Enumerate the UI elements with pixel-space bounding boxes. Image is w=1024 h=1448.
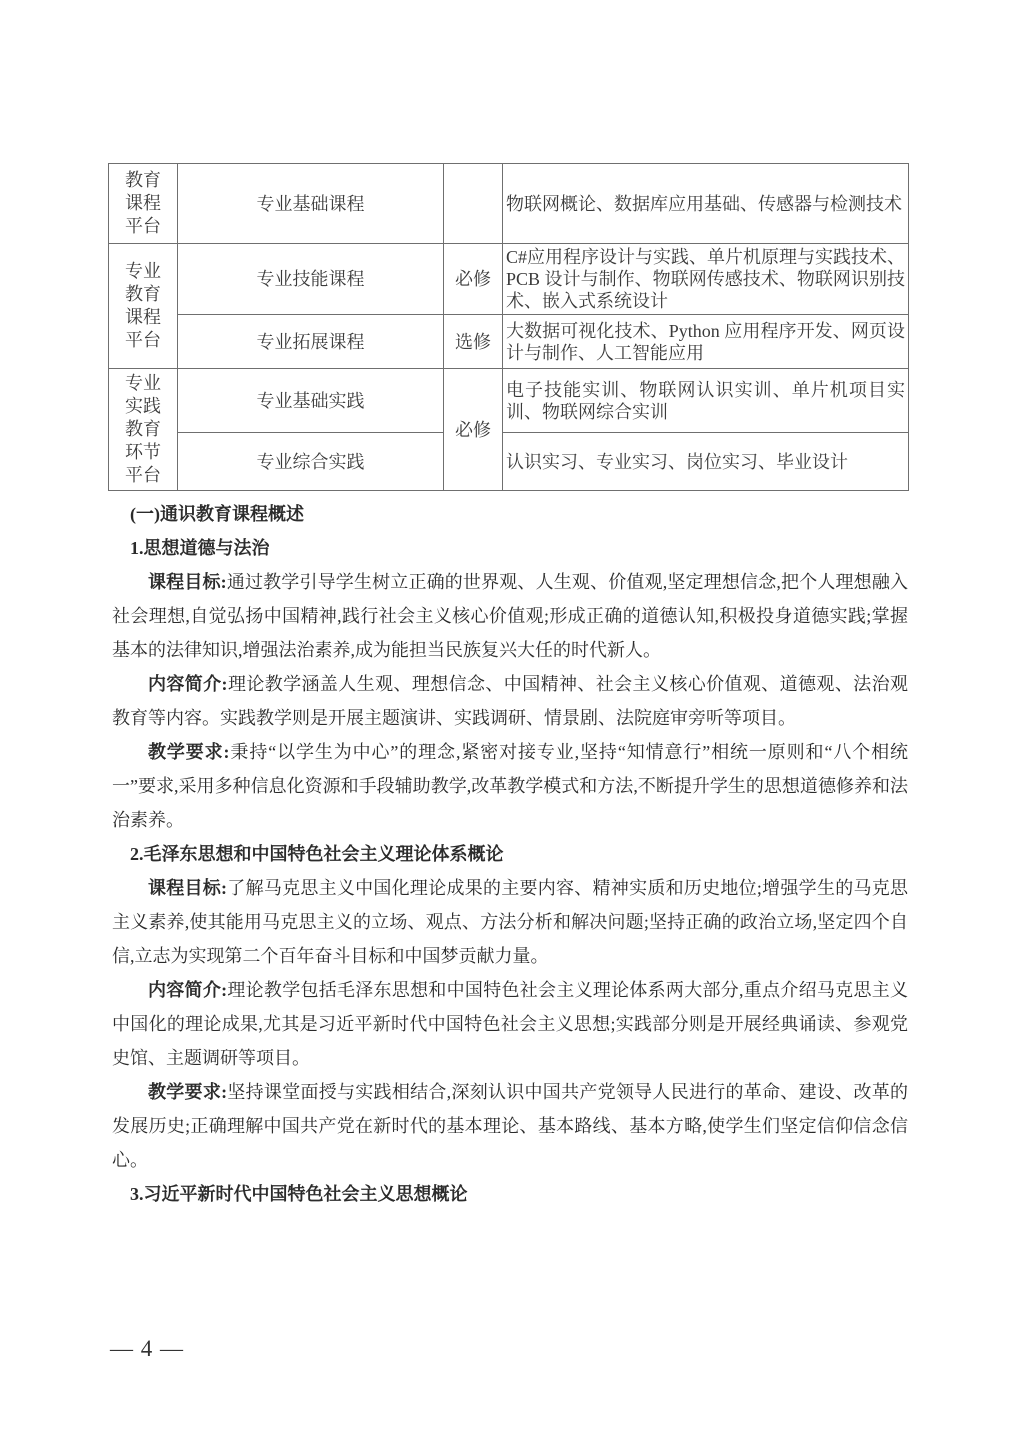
courses-cell: 认识实习、专业实习、岗位实习、毕业设计 — [503, 433, 909, 491]
paragraph-label: 教学要求: — [148, 742, 230, 762]
curriculum-table: 教育课程平台 专业基础课程 物联网概论、数据库应用基础、传感器与检测技术 专业教… — [108, 163, 909, 491]
courses-cell: 电子技能实训、物联网认识实训、单片机项目实训、物联网综合实训 — [503, 369, 909, 433]
paragraph-intro-1: 内容简介:理论教学涵盖人生观、理想信念、中国精神、社会主义核心价值观、道德观、法… — [112, 667, 908, 735]
table-row: 专业教育课程平台 专业技能课程 必修 C#应用程序设计与实践、单片机原理与实践技… — [109, 244, 909, 315]
paragraph-label: 课程目标: — [148, 572, 227, 592]
category-cell: 专业拓展课程 — [178, 315, 444, 369]
platform-label: 教育课程平台 — [124, 169, 162, 238]
section-heading: (一)通识教育课程概述 — [112, 497, 908, 531]
platform-cell: 专业教育课程平台 — [109, 244, 178, 369]
course-title-3: 3.习近平新时代中国特色社会主义思想概论 — [112, 1177, 908, 1211]
mode-cell: 必修 — [444, 369, 503, 491]
paragraph-text: 坚持课堂面授与实践相结合,深刻认识中国共产党领导人民进行的革命、建设、改革的发展… — [112, 1082, 908, 1170]
courses-cell: 大数据可视化技术、Python 应用程序开发、网页设计与制作、人工智能应用 — [503, 315, 909, 369]
paragraph-text: 理论教学涵盖人生观、理想信念、中国精神、社会主义核心价值观、道德观、法治观教育等… — [112, 674, 908, 728]
paragraph-text: 秉持“以学生为中心”的理念,紧密对接专业,坚持“知情意行”相统一原则和“八个相统… — [112, 742, 908, 830]
category-cell: 专业综合实践 — [178, 433, 444, 491]
paragraph-text: 了解马克思主义中国化理论成果的主要内容、精神实质和历史地位;增强学生的马克思主义… — [112, 878, 908, 966]
course-title-2: 2.毛泽东思想和中国特色社会主义理论体系概论 — [112, 837, 908, 871]
paragraph-label: 内容简介: — [148, 674, 228, 694]
courses-cell: 物联网概论、数据库应用基础、传感器与检测技术 — [503, 164, 909, 244]
table-row: 专业拓展课程 选修 大数据可视化技术、Python 应用程序开发、网页设计与制作… — [109, 315, 909, 369]
paragraph-objective-1: 课程目标:通过教学引导学生树立正确的世界观、人生观、价值观,坚定理想信念,把个人… — [112, 565, 908, 667]
category-cell: 专业基础实践 — [178, 369, 444, 433]
platform-label: 专业教育课程平台 — [124, 260, 162, 352]
mode-cell: 选修 — [444, 315, 503, 369]
table-row: 专业综合实践 认识实习、专业实习、岗位实习、毕业设计 — [109, 433, 909, 491]
platform-cell: 教育课程平台 — [109, 164, 178, 244]
courses-cell: C#应用程序设计与实践、单片机原理与实践技术、PCB 设计与制作、物联网传感技术… — [503, 244, 909, 315]
page-number: — 4 — — [110, 1336, 184, 1362]
table-row: 专业实践教育环节平台 专业基础实践 必修 电子技能实训、物联网认识实训、单片机项… — [109, 369, 909, 433]
table-row: 教育课程平台 专业基础课程 物联网概论、数据库应用基础、传感器与检测技术 — [109, 164, 909, 244]
paragraph-intro-2: 内容简介:理论教学包括毛泽东思想和中国特色社会主义理论体系两大部分,重点介绍马克… — [112, 973, 908, 1075]
category-cell: 专业基础课程 — [178, 164, 444, 244]
paragraph-label: 课程目标: — [148, 878, 227, 898]
platform-label: 专业实践教育环节平台 — [124, 372, 162, 487]
category-cell: 专业技能课程 — [178, 244, 444, 315]
paragraph-objective-2: 课程目标:了解马克思主义中国化理论成果的主要内容、精神实质和历史地位;增强学生的… — [112, 871, 908, 973]
mode-cell: 必修 — [444, 244, 503, 315]
document-page: 教育课程平台 专业基础课程 物联网概论、数据库应用基础、传感器与检测技术 专业教… — [0, 0, 1024, 1448]
paragraph-label: 内容简介: — [148, 980, 227, 1000]
paragraph-requirement-1: 教学要求:秉持“以学生为中心”的理念,紧密对接专业,坚持“知情意行”相统一原则和… — [112, 735, 908, 837]
paragraph-requirement-2: 教学要求:坚持课堂面授与实践相结合,深刻认识中国共产党领导人民进行的革命、建设、… — [112, 1075, 908, 1177]
mode-cell — [444, 164, 503, 244]
body-text: (一)通识教育课程概述 1.思想道德与法治 课程目标:通过教学引导学生树立正确的… — [112, 497, 908, 1211]
paragraph-text: 通过教学引导学生树立正确的世界观、人生观、价值观,坚定理想信念,把个人理想融入社… — [112, 572, 908, 660]
course-title-1: 1.思想道德与法治 — [112, 531, 908, 565]
platform-cell: 专业实践教育环节平台 — [109, 369, 178, 491]
paragraph-text: 理论教学包括毛泽东思想和中国特色社会主义理论体系两大部分,重点介绍马克思主义中国… — [112, 980, 908, 1068]
paragraph-label: 教学要求: — [148, 1082, 227, 1102]
